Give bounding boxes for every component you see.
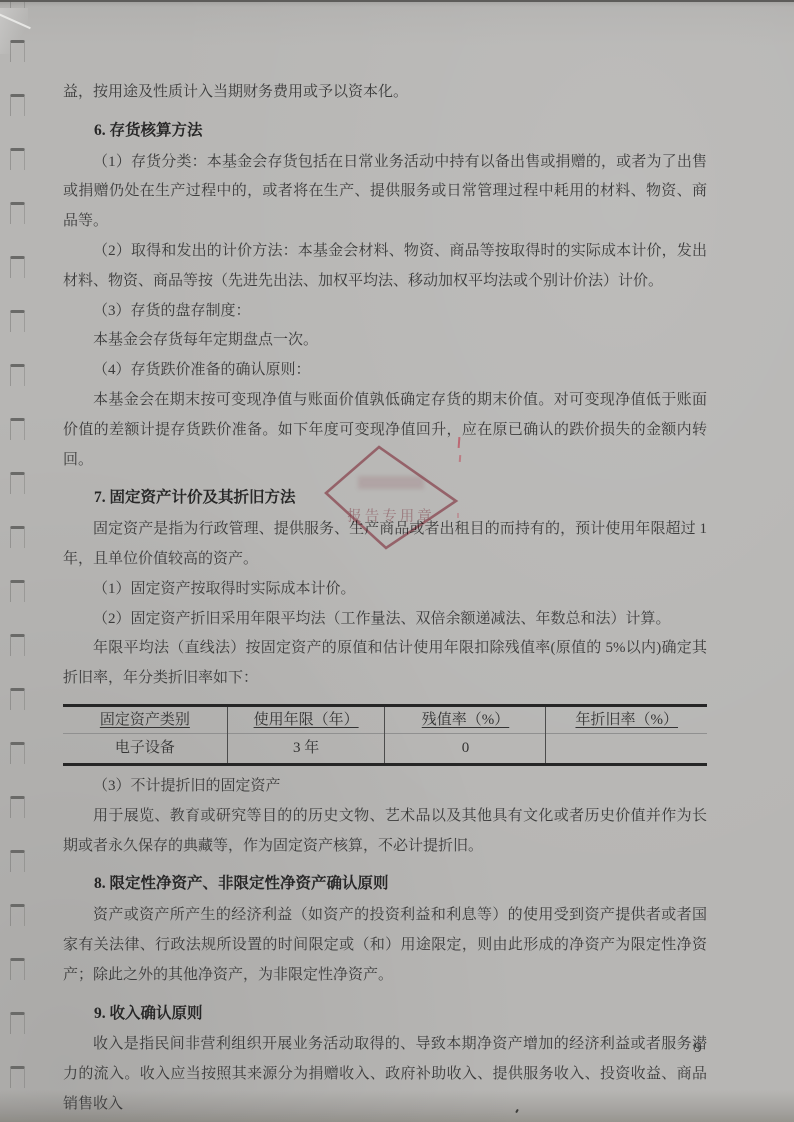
binding-hole-mark	[10, 310, 25, 332]
section-heading: 8. 限定性净资产、非限定性净资产确认原则	[63, 869, 707, 899]
binding-hole-mark	[10, 580, 25, 602]
binding-hole-mark	[10, 742, 25, 764]
table-header-row: 固定资产类别使用年限（年）残值率（%）年折旧率（%）	[63, 705, 707, 733]
table-header: 使用年限（年）	[227, 705, 385, 733]
paragraph: （4）存货跌价准备的确认原则：	[63, 356, 707, 386]
paragraph: 益，按用途及性质计入当期财务费用或予以资本化。	[63, 78, 707, 108]
section-heading: 6. 存货核算方法	[63, 116, 707, 146]
binding-hole-mark	[10, 634, 25, 656]
paragraph: （3）不计提折旧的固定资产	[63, 772, 707, 802]
table-cell: 电子设备	[63, 733, 227, 764]
paragraph: 本基金会在期末按可变现净值与账面价值孰低确定存货的期末价值。对可变现净值低于账面…	[63, 386, 707, 475]
binding-hole-mark	[10, 256, 25, 278]
binding-hole-mark	[10, 40, 25, 62]
table-cell: 3 年	[227, 733, 385, 764]
binding-hole-mark	[10, 1066, 25, 1088]
paragraph: （2）固定资产折旧采用年限平均法（工作量法、双倍余额递减法、年数总和法）计算。	[63, 605, 707, 635]
binding-hole-mark	[10, 796, 25, 818]
binding-hole-mark	[10, 688, 25, 710]
paragraph: 用于展览、教育或研究等目的的历史文物、艺术品以及其他具有文化或者历史价值并作为长…	[63, 802, 707, 862]
binding-hole-mark	[10, 148, 25, 170]
page-number: 9	[688, 1040, 708, 1057]
table-cell: 0	[385, 733, 546, 764]
table-header: 固定资产类别	[63, 705, 227, 733]
scanned-document-page: 益，按用途及性质计入当期财务费用或予以资本化。6. 存货核算方法（1）存货分类：…	[0, 0, 794, 1122]
red-pen-mark	[457, 513, 459, 518]
binding-hole-mark	[10, 202, 25, 224]
binding-hole-mark	[10, 904, 25, 926]
fixed-asset-depreciation-table: 固定资产类别使用年限（年）残值率（%）年折旧率（%）电子设备3 年0	[63, 704, 707, 766]
paragraph: （1）存货分类：本基金会存货包括在日常业务活动中持有以备出售或捐赠的，或者为了出…	[63, 148, 707, 237]
paragraph: （2）取得和发出的计价方法：本基金会材料、物资、商品等按取得时的实际成本计价，发…	[63, 237, 707, 297]
paragraph: 收入是指民间非营利组织开展业务活动取得的、导致本期净资产增加的经济利益或者服务潜…	[63, 1030, 707, 1119]
binding-hole-mark	[10, 472, 25, 494]
section-heading: 7. 固定资产计价及其折旧方法	[63, 483, 707, 513]
binding-hole-mark	[10, 850, 25, 872]
paragraph: （1）固定资产按取得时实际成本计价。	[63, 575, 707, 605]
binding-hole-mark	[10, 958, 25, 980]
section-heading: 9. 收入确认原则	[63, 999, 707, 1029]
paragraph: 资产或资产所产生的经济利益（如资产的投资利益和利息等）的使用受到资产提供者或者国…	[63, 901, 707, 990]
binding-hole-mark	[10, 364, 25, 386]
binding-hole-mark	[10, 1012, 25, 1034]
paragraph: 本基金会存货每年定期盘点一次。	[63, 326, 707, 356]
table-cell	[546, 733, 707, 764]
page-content: 益，按用途及性质计入当期财务费用或予以资本化。6. 存货核算方法（1）存货分类：…	[63, 78, 707, 1120]
table-row: 电子设备3 年0	[63, 733, 707, 764]
paragraph: 固定资产是指为行政管理、提供服务、生产商品或者出租目的而持有的，预计使用年限超过…	[63, 515, 707, 575]
scan-top-edge	[0, 0, 794, 2]
paragraph: 年限平均法（直线法）按固定资产的原值和估计使用年限扣除残值率(原值的 5%以内)…	[63, 634, 707, 694]
table-header: 年折旧率（%）	[546, 705, 707, 733]
table-header: 残值率（%）	[385, 705, 546, 733]
binding-hole-mark	[10, 526, 25, 548]
binding-hole-mark	[10, 418, 25, 440]
paragraph: （3）存货的盘存制度：	[63, 297, 707, 327]
binding-hole-mark	[10, 0, 25, 8]
binding-hole-mark	[10, 94, 25, 116]
